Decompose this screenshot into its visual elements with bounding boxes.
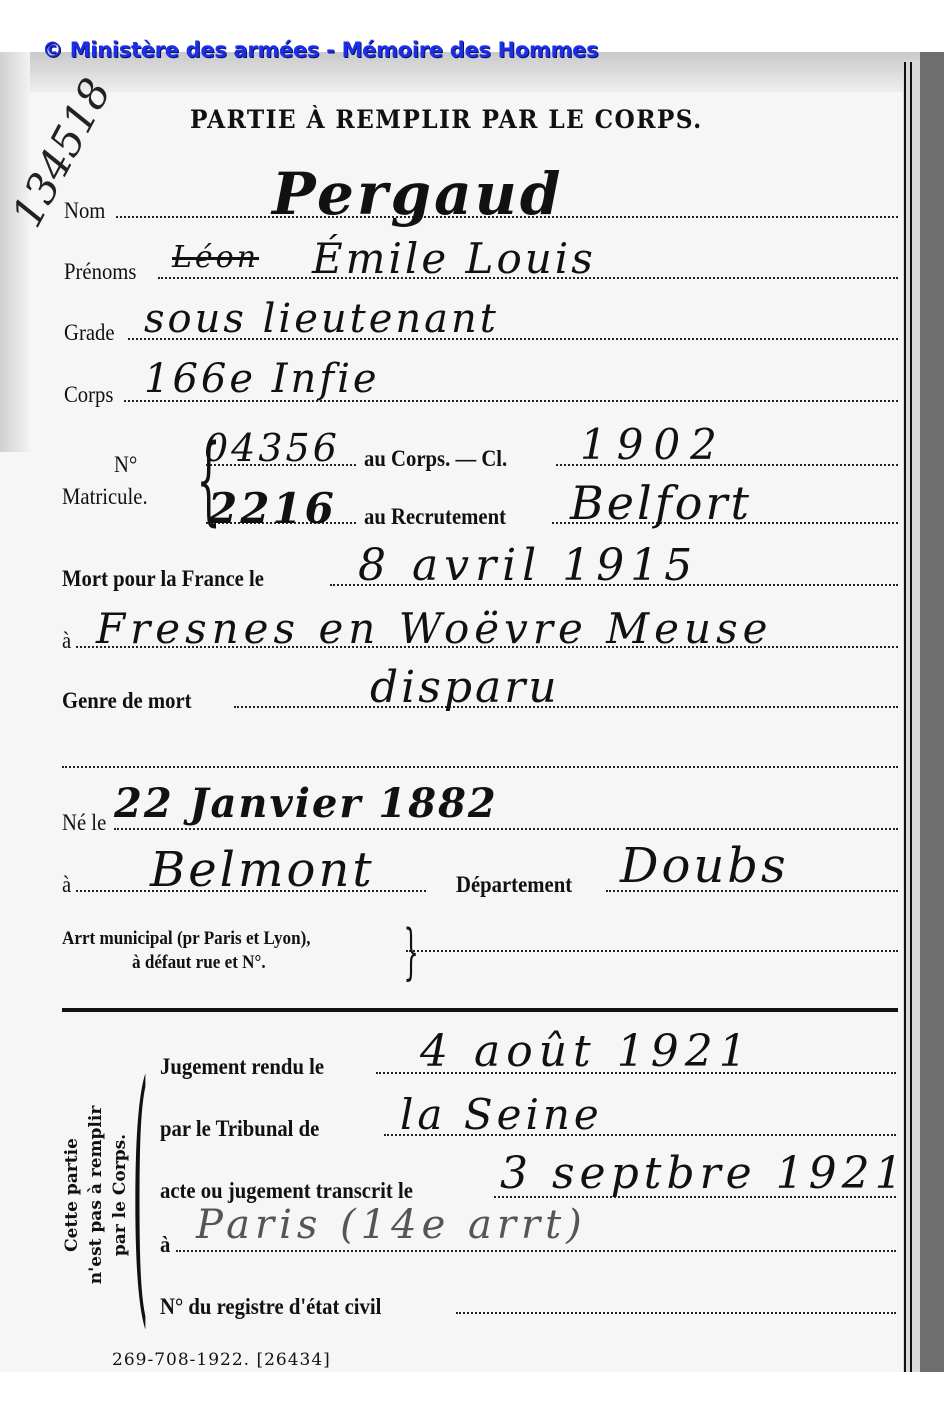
registre-label: N° du registre d'état civil (160, 1294, 381, 1320)
tribunal-label: par le Tribunal de (160, 1116, 319, 1142)
lieu-transcription-line (176, 1250, 896, 1252)
genre-mort-value: disparu (370, 662, 560, 713)
lieu-mort-label: à (62, 628, 71, 654)
printer-reference: 269-708-1922. [26434] (112, 1350, 331, 1370)
corps-number-value: 04356 (204, 426, 340, 470)
classe-value: 1902 (580, 420, 727, 469)
recrutement-value: Belfort (570, 476, 752, 530)
mort-label: Mort pour la France le (62, 566, 264, 592)
lieu-naissance-label: à (62, 872, 71, 898)
civil-section-brace: ( (132, 1050, 148, 1330)
nom-value: Pergaud (272, 160, 563, 228)
frame-line-outer (910, 62, 912, 1372)
registre-line (456, 1312, 896, 1314)
recrutement-number-value: 2216 (208, 484, 337, 533)
jugement-label: Jugement rendu le (160, 1054, 324, 1080)
arrondissement-label-line2: à défaut rue et N°. (132, 952, 266, 974)
side-note-line-2: n'est pas à remplir (84, 1070, 108, 1320)
grade-label: Grade (64, 320, 115, 346)
au-recrutement-label: au Recrutement (364, 504, 506, 530)
ne-le-line (114, 828, 898, 830)
lieu-mort-value: Fresnes en Woëvre Meuse (96, 604, 772, 653)
bottom-margin (0, 1372, 944, 1417)
matricule-no-label: N° (114, 452, 137, 478)
au-corps-label: au Corps. — Cl. (364, 446, 507, 472)
prenoms-label: Prénoms (64, 259, 136, 285)
section-divider (62, 1008, 898, 1012)
jugement-value: 4 août 1921 (420, 1026, 753, 1077)
civil-section-side-note: Cette partie n'est pas à remplir par le … (60, 1070, 132, 1320)
ne-le-label: Né le (62, 810, 106, 836)
grade-value: sous lieutenant (144, 296, 499, 342)
lieu-transcription-label: à (160, 1232, 170, 1258)
transcrit-label: acte ou jugement transcrit le (160, 1178, 413, 1204)
genre-mort-label: Genre de mort (62, 688, 192, 714)
lieu-naissance-value: Belmont (150, 842, 375, 898)
form-heading: PARTIE À REMPLIR PAR LE CORPS. (190, 105, 703, 134)
scan-binding-strip (920, 52, 944, 1372)
mort-value: 8 avril 1915 (358, 540, 698, 591)
side-note-line-1: Cette partie (60, 1070, 84, 1320)
side-note-line-3: par le Corps. (108, 1070, 132, 1320)
prenoms-struck-value: Léon (172, 240, 259, 275)
transcrit-value: 3 septbre 1921 (500, 1148, 908, 1199)
departement-value: Doubs (620, 838, 789, 894)
departement-label: Département (456, 872, 572, 898)
matricule-label: Matricule. (62, 484, 148, 510)
ne-le-value: 22 Janvier 1882 (114, 780, 498, 827)
arrondissement-brace: } (403, 922, 418, 982)
copyright-watermark: © Ministère des armées - Mémoire des Hom… (42, 38, 598, 62)
lieu-transcription-value: Paris (14e arrt) (196, 1202, 587, 1248)
arrondissement-label-line1: Arrt municipal (pr Paris et Lyon), (62, 928, 311, 950)
genre-mort-line (234, 706, 898, 708)
tribunal-value: la Seine (400, 1090, 603, 1139)
scan-left-edge (0, 52, 30, 452)
arrondissement-line (406, 950, 898, 952)
blank-line (62, 766, 898, 768)
prenoms-value: Émile Louis (312, 234, 596, 283)
corps-value: 166e Infie (144, 356, 380, 402)
corps-label: Corps (64, 382, 113, 408)
nom-label: Nom (64, 198, 105, 224)
